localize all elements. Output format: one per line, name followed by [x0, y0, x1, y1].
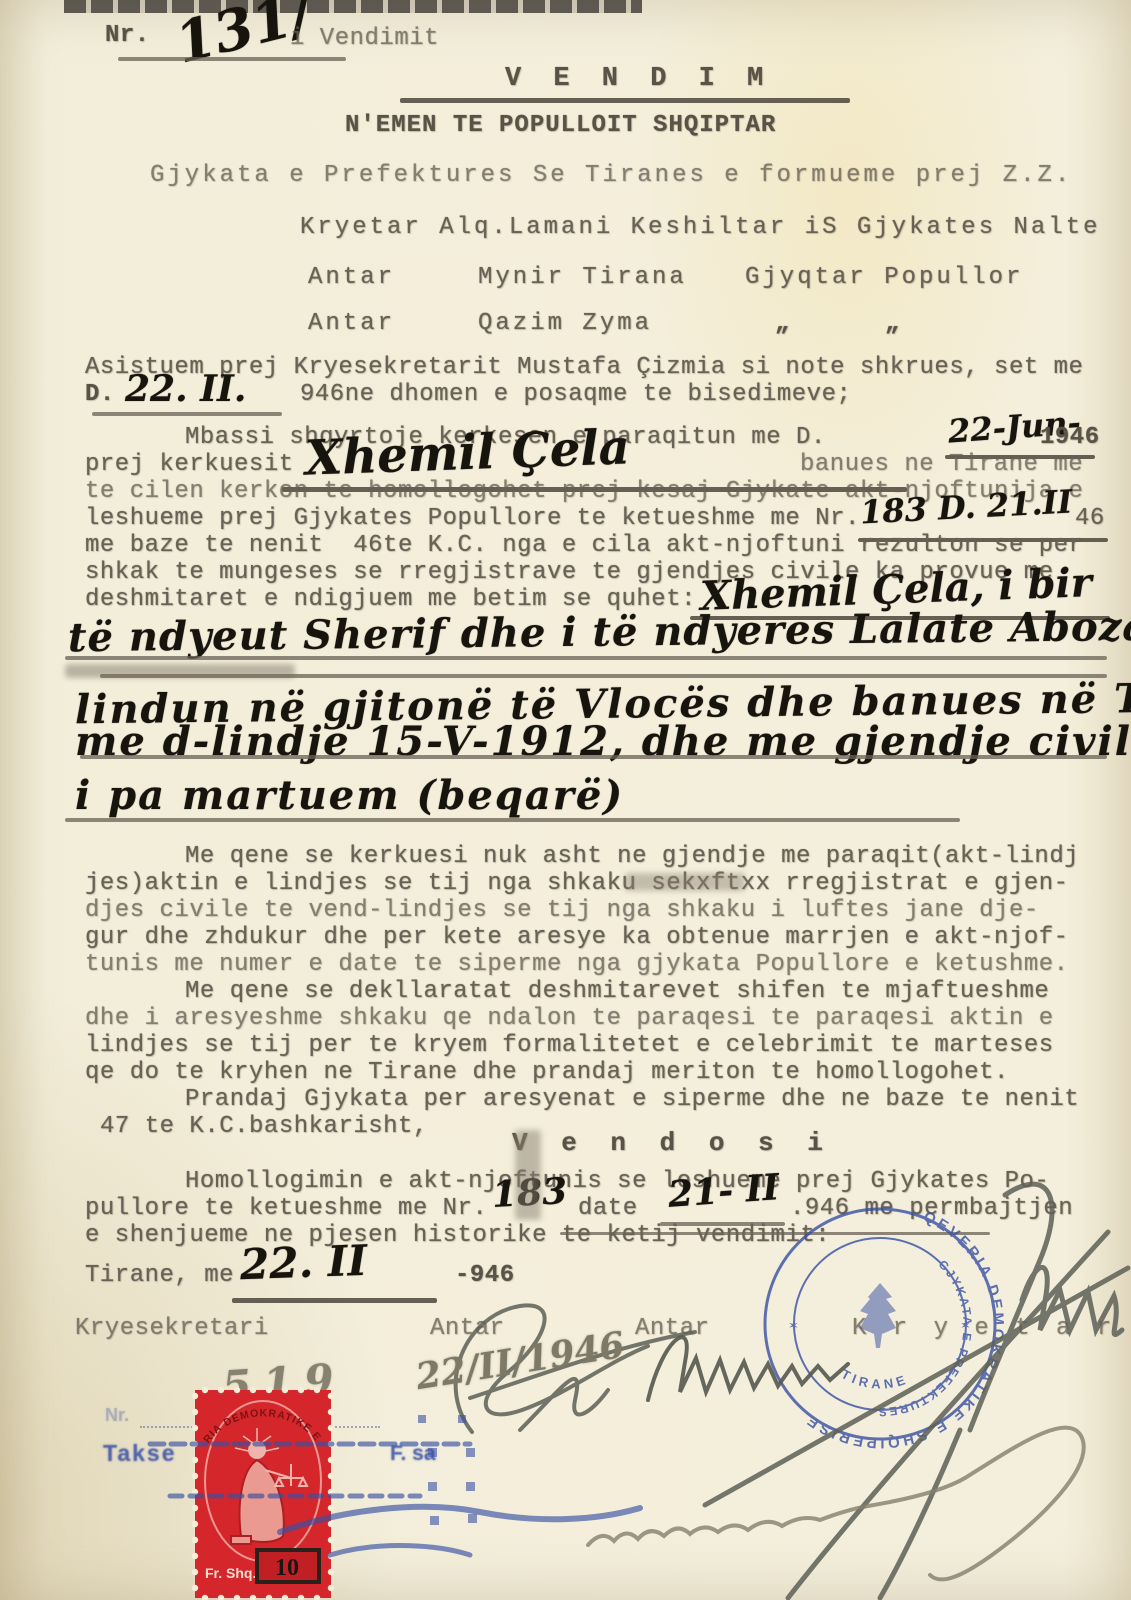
cancel-scribble-2	[330, 1546, 470, 1555]
scanned-court-decision-page: Nr. 131/ i Vendimit V E N D I M N'EMEN T…	[0, 0, 1131, 1600]
cancellation-marks	[0, 0, 1131, 1600]
cancel-scribble	[280, 1507, 640, 1532]
